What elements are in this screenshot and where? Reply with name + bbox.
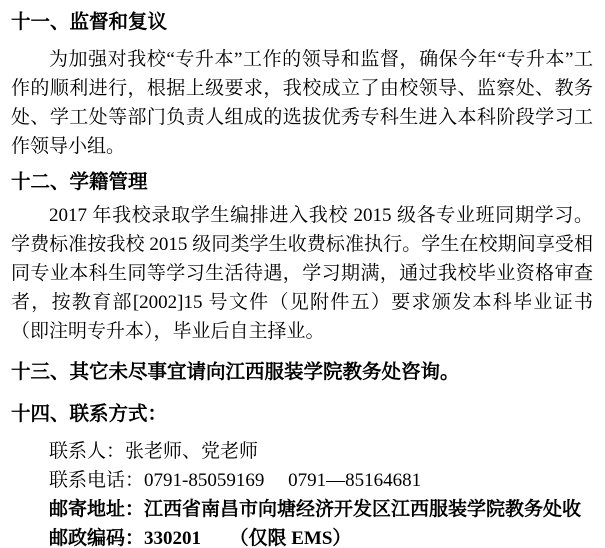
contact-phone-line: 联系电话：0791-85059169 0791—85164681	[49, 466, 593, 495]
section-11-paragraph: 为加强对我校“专升本”工作的领导和监督，确保今年“专升本”工作的顺利进行，根据上…	[11, 45, 593, 161]
section-12-heading: 十二、学籍管理	[11, 168, 593, 197]
section-13-heading: 十三、其它未尽事宜请向江西服装学院教务处咨询。	[11, 358, 593, 387]
document-page: { "page": { "background_color": "#ffffff…	[0, 0, 605, 548]
section-14-heading: 十四、联系方式：	[11, 400, 593, 429]
section-12-paragraph: 2017 年我校录取学生编排进入我校 2015 级各专业班同期学习。学费标准按我…	[11, 201, 593, 346]
postal-code-line: 邮政编码：330201 （仅限 EMS）	[49, 524, 593, 548]
contact-info-block: 联系人：张老师、党老师 联系电话：0791-85059169 0791—8516…	[11, 437, 593, 548]
section-11-heading: 十一、监督和复议	[11, 8, 593, 37]
document-body: 十一、监督和复议 为加强对我校“专升本”工作的领导和监督，确保今年“专升本”工作…	[11, 8, 593, 548]
mailing-address-line: 邮寄地址：江西省南昌市向塘经济开发区江西服装学院教务处收	[49, 495, 593, 524]
contact-person-line: 联系人：张老师、党老师	[49, 437, 593, 466]
